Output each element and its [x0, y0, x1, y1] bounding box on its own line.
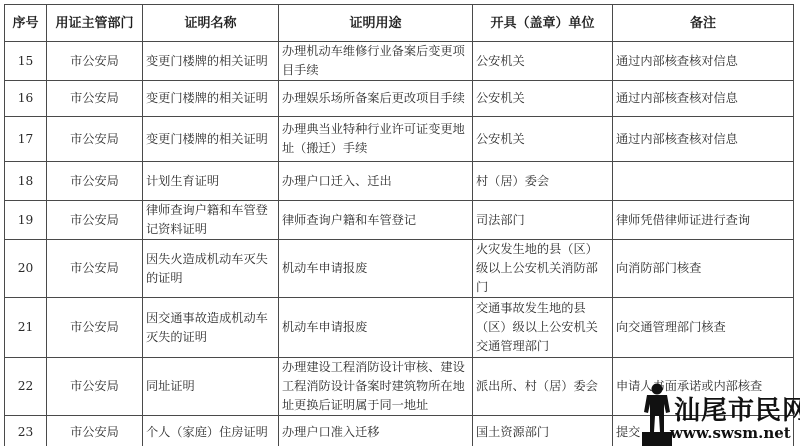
cell-purpose: 办理建设工程消防设计审核、建设工程消防设计备案时建筑物所在地址更换后证明属于同一… [279, 358, 473, 416]
cell-department: 市公安局 [47, 298, 143, 358]
cell-certificate-name: 同址证明 [143, 358, 279, 416]
cell-serial: 19 [5, 201, 47, 240]
cell-remarks [613, 162, 794, 201]
cell-remarks: 律师凭借律师证进行查询 [613, 201, 794, 240]
cell-issuer: 派出所、村（居）委会 [473, 358, 613, 416]
cell-purpose: 办理娱乐场所备案后更改项目手续 [279, 81, 473, 117]
cell-serial: 18 [5, 162, 47, 201]
cell-remarks: 通过内部核查核对信息 [613, 81, 794, 117]
cell-certificate-name: 变更门楼牌的相关证明 [143, 81, 279, 117]
table-row: 18 市公安局 计划生育证明 办理户口迁入、迁出 村（居）委会 [5, 162, 794, 201]
cell-issuer: 交通事故发生地的县（区）级以上公安机关交通管理部门 [473, 298, 613, 358]
table-row: 21 市公安局 因交通事故造成机动车灭失的证明 机动车申请报废 交通事故发生地的… [5, 298, 794, 358]
cell-serial: 21 [5, 298, 47, 358]
cell-department: 市公安局 [47, 416, 143, 446]
cell-remarks: 向消防部门核查 [613, 240, 794, 298]
cell-purpose: 办理典当业特种行业许可证变更地址（搬迁）手续 [279, 117, 473, 162]
table-row: 23 市公安局 个人（家庭）住房证明 办理户口准入迁移 国土资源部门 提交 [5, 416, 794, 446]
cell-remarks: 向交通管理部门核查 [613, 298, 794, 358]
cell-purpose: 机动车申请报废 [279, 298, 473, 358]
cell-purpose: 律师查询户籍和车管登记 [279, 201, 473, 240]
cell-certificate-name: 计划生育证明 [143, 162, 279, 201]
table-header-row: 序号 用证主管部门 证明名称 证明用途 开具（盖章）单位 备注 [5, 5, 794, 42]
cell-certificate-name: 变更门楼牌的相关证明 [143, 42, 279, 81]
table-row: 22 市公安局 同址证明 办理建设工程消防设计审核、建设工程消防设计备案时建筑物… [5, 358, 794, 416]
header-remarks: 备注 [613, 5, 794, 42]
table-row: 19 市公安局 律师查询户籍和车管登记资料证明 律师查询户籍和车管登记 司法部门… [5, 201, 794, 240]
cell-department: 市公安局 [47, 358, 143, 416]
cell-issuer: 村（居）委会 [473, 162, 613, 201]
table-row: 17 市公安局 变更门楼牌的相关证明 办理典当业特种行业许可证变更地址（搬迁）手… [5, 117, 794, 162]
cell-remarks: 通过内部核查核对信息 [613, 42, 794, 81]
cell-issuer: 公安机关 [473, 81, 613, 117]
cell-issuer: 司法部门 [473, 201, 613, 240]
table-row: 15 市公安局 变更门楼牌的相关证明 办理机动车维修行业备案后变更项目手续 公安… [5, 42, 794, 81]
cell-issuer: 公安机关 [473, 42, 613, 81]
header-certificate-name: 证明名称 [143, 5, 279, 42]
cell-serial: 15 [5, 42, 47, 81]
cell-issuer: 公安机关 [473, 117, 613, 162]
cell-remarks: 通过内部核查核对信息 [613, 117, 794, 162]
cell-purpose: 办理户口准入迁移 [279, 416, 473, 446]
cell-department: 市公安局 [47, 81, 143, 117]
cell-certificate-name: 变更门楼牌的相关证明 [143, 117, 279, 162]
cell-purpose: 办理机动车维修行业备案后变更项目手续 [279, 42, 473, 81]
table-row: 16 市公安局 变更门楼牌的相关证明 办理娱乐场所备案后更改项目手续 公安机关 … [5, 81, 794, 117]
cell-department: 市公安局 [47, 162, 143, 201]
cell-department: 市公安局 [47, 201, 143, 240]
cell-serial: 17 [5, 117, 47, 162]
cell-serial: 23 [5, 416, 47, 446]
header-department: 用证主管部门 [47, 5, 143, 42]
cell-department: 市公安局 [47, 240, 143, 298]
cell-certificate-name: 因失火造成机动车灭失的证明 [143, 240, 279, 298]
header-purpose: 证明用途 [279, 5, 473, 42]
cell-certificate-name: 因交通事故造成机动车灭失的证明 [143, 298, 279, 358]
cell-department: 市公安局 [47, 117, 143, 162]
cell-remarks: 提交 [613, 416, 794, 446]
header-serial: 序号 [5, 5, 47, 42]
cell-purpose: 办理户口迁入、迁出 [279, 162, 473, 201]
cell-certificate-name: 律师查询户籍和车管登记资料证明 [143, 201, 279, 240]
cell-issuer: 火灾发生地的县（区）级以上公安机关消防部门 [473, 240, 613, 298]
cell-certificate-name: 个人（家庭）住房证明 [143, 416, 279, 446]
cell-remarks: 申请人书面承诺或内部核查 [613, 358, 794, 416]
cell-serial: 20 [5, 240, 47, 298]
certificate-table: 序号 用证主管部门 证明名称 证明用途 开具（盖章）单位 备注 15 市公安局 … [4, 4, 794, 446]
table-row: 20 市公安局 因失火造成机动车灭失的证明 机动车申请报废 火灾发生地的县（区）… [5, 240, 794, 298]
cell-issuer: 国土资源部门 [473, 416, 613, 446]
cell-purpose: 机动车申请报废 [279, 240, 473, 298]
cell-department: 市公安局 [47, 42, 143, 81]
header-issuer: 开具（盖章）单位 [473, 5, 613, 42]
cell-serial: 16 [5, 81, 47, 117]
cell-serial: 22 [5, 358, 47, 416]
